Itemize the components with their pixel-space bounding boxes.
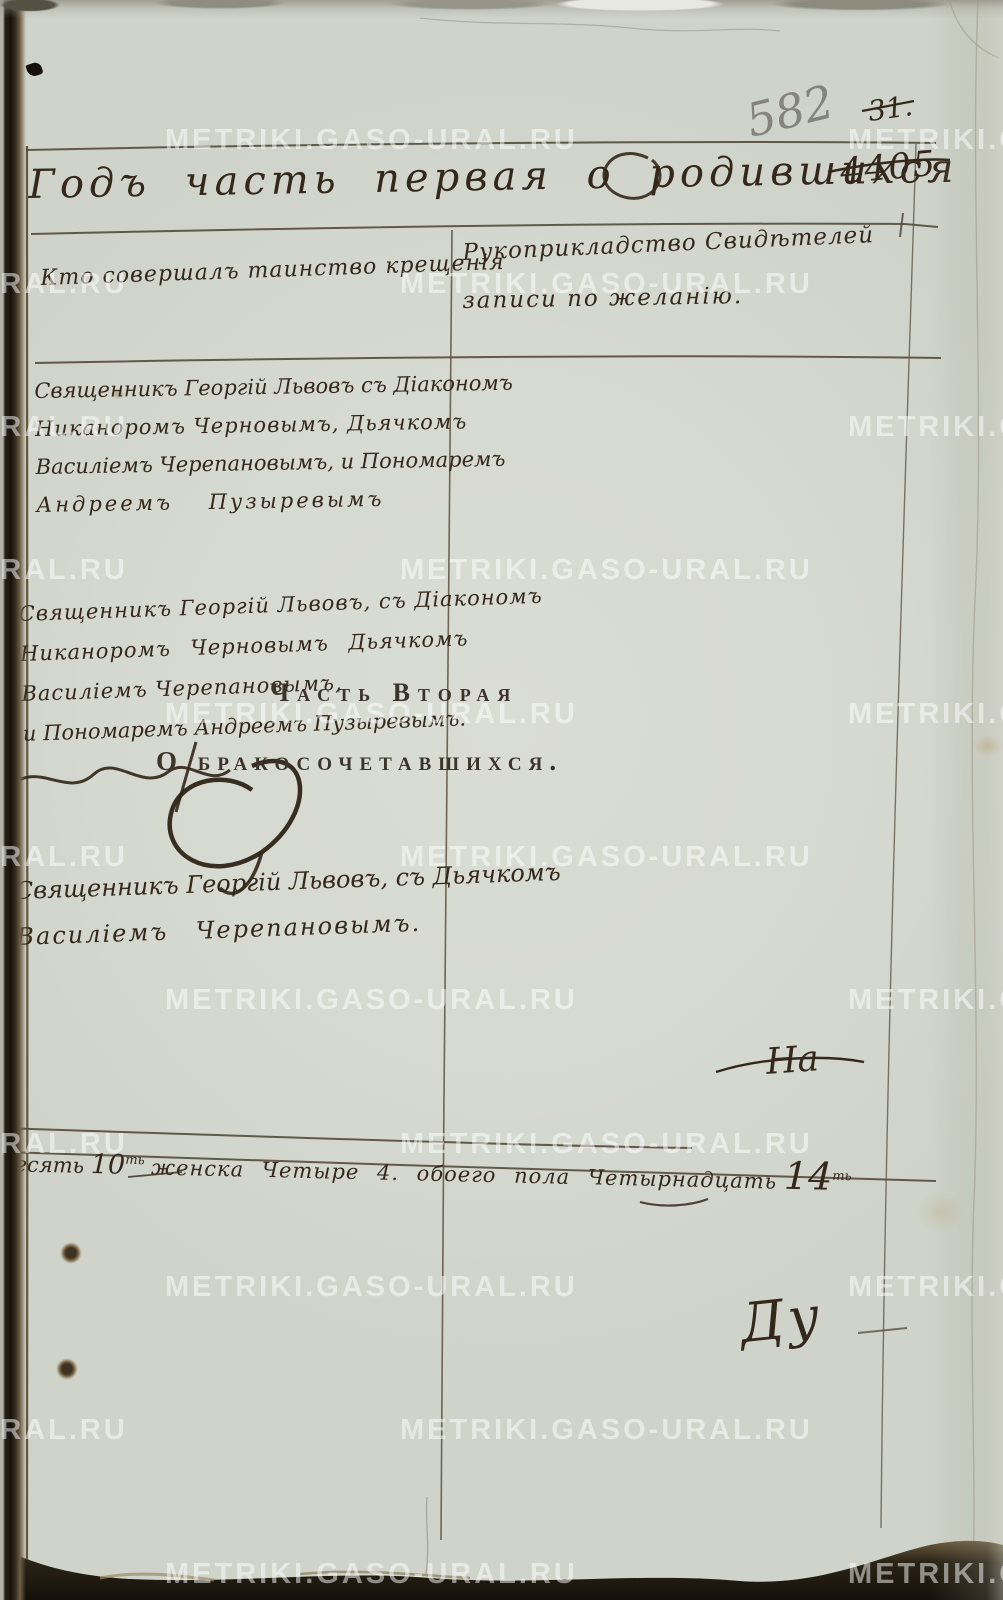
entry-block-3: Священникъ Георгій Львовъ, съ Дьячкомъ В… (14, 849, 563, 960)
tally-number-total: 14 (783, 1154, 832, 1199)
column-header-left: Кто совершалъ таинство крещенія (40, 250, 505, 291)
worm-hole (56, 1358, 78, 1380)
ink-blot (25, 61, 43, 78)
worm-hole (60, 1242, 82, 1264)
tally-number-suffix: ть (832, 1169, 852, 1184)
watermark-text: METRIKI.GASO-URAL.RU (165, 984, 578, 1017)
ink-page-number: 31. (866, 89, 915, 128)
page-edge-top (0, 0, 1003, 20)
scanned-page: 582 31. 4405 Годъ часть первая о родивши… (0, 0, 1003, 1600)
tally-line: десять 10ть женска Четыре 4. обоего пола… (1, 1136, 852, 1199)
page-torn-edge-right (929, 0, 1003, 1600)
tally-number-male: 10 (90, 1149, 125, 1181)
printed-part-title: Часть Вторая (270, 678, 518, 708)
column-header-right-line2: записи по желанію. (462, 283, 743, 314)
watermark-text: METRIKI.GASO-URAL.RU (165, 124, 578, 157)
book-binding-edge (0, 0, 26, 1600)
margin-note: На (765, 1038, 821, 1083)
entry-line: Андреемъ Пузыревымъ (36, 478, 515, 524)
entry-block-2: Священникъ Георгій Львовъ, съ Діакономъ … (18, 576, 547, 754)
watermark-text: METRIKI.GASO-URAL.RU (400, 1414, 813, 1447)
catchword: Ду (737, 1284, 826, 1355)
watermark-text: METRIKI.GASO-URAL.RU (165, 1558, 578, 1591)
column-header-right-line1: Рукоприкладство Свидѣтелей (462, 222, 875, 266)
printed-section-title: О бракосочетавшихся. (156, 746, 563, 777)
entry-block-1: Священникъ Георгій Львовъ съ Діакономъ Н… (34, 364, 515, 524)
tally-number-suffix: ть (125, 1153, 145, 1168)
tally-text: женска Четыре 4. обоего пола Четырнадцат… (151, 1155, 777, 1193)
page-header-script: Годъ часть первая о родившихся (28, 146, 959, 208)
pencil-page-number: 582 (741, 74, 839, 148)
watermark-text: METRIKI.GASO-URAL.RU (165, 1271, 578, 1304)
